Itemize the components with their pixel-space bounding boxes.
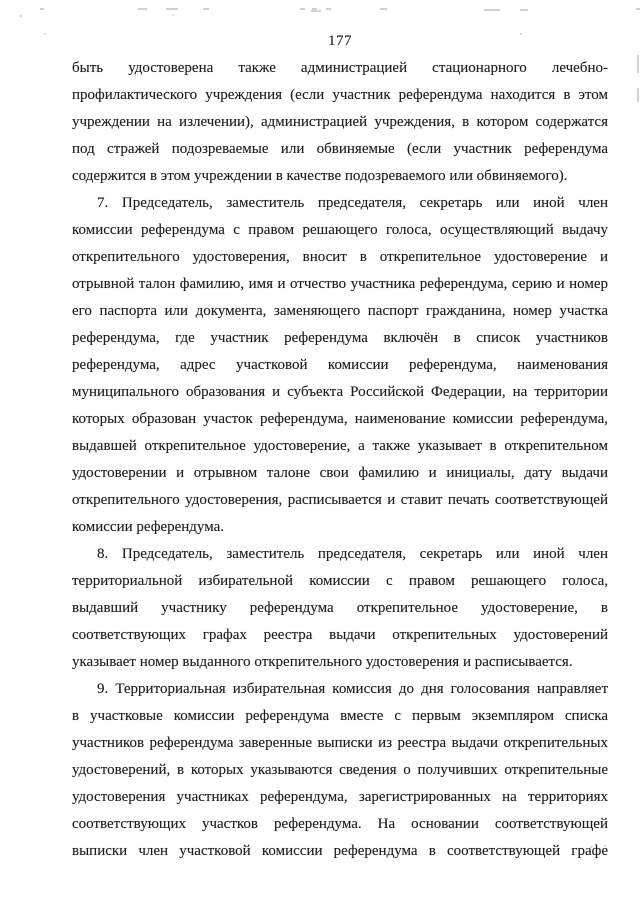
scan-artifact	[484, 9, 500, 11]
scan-artifact	[20, 15, 22, 17]
scan-artifact	[300, 8, 305, 10]
text-line: профилактического учреждения (если участ…	[72, 82, 608, 109]
text-line: участников референдума заверенные выписк…	[72, 730, 608, 757]
text-line: удостоверения участниках референдума, за…	[72, 784, 608, 811]
text-line: в участковые комиссии референдума вместе…	[72, 703, 608, 730]
text-line: содержится в этом учреждении в качестве …	[72, 163, 608, 190]
scan-artifact	[636, 8, 640, 10]
scan-artifact	[520, 9, 528, 11]
text-line: соответствующих участков референдума. На…	[72, 811, 608, 838]
paragraph: 7. Председатель, заместитель председател…	[72, 190, 608, 541]
text-column: 177 быть удостоверена также администраци…	[72, 28, 608, 865]
text-line: выдавшей открепительное удостоверение, а…	[72, 433, 608, 460]
text-line: выписки член участковой комиссии референ…	[72, 838, 608, 865]
text-line: его паспорта или документа, заменяющего …	[72, 298, 608, 325]
paragraph: 8. Председатель, заместитель председател…	[72, 541, 608, 676]
paragraph: быть удостоверена также администрацией с…	[72, 55, 608, 190]
text-line: выдавший участнику референдума открепите…	[72, 595, 608, 622]
document-body: быть удостоверена также администрацией с…	[72, 55, 608, 865]
document-page: 177 быть удостоверена также администраци…	[0, 0, 640, 905]
text-line: комиссии референдума.	[72, 514, 608, 541]
text-line: референдума, где участник референдума вк…	[72, 325, 608, 352]
scan-artifact	[44, 33, 46, 35]
scan-artifact	[203, 8, 209, 10]
page-number: 177	[72, 28, 608, 55]
text-line: указывает номер выданного открепительног…	[72, 649, 608, 676]
text-line: 8. Председатель, заместитель председател…	[72, 541, 608, 568]
text-line: территориальной избирательной комиссии с…	[72, 568, 608, 595]
scan-artifact	[311, 10, 321, 12]
scan-artifact	[40, 8, 44, 10]
text-line: удостоверений, в которых указываются све…	[72, 757, 608, 784]
scan-artifact	[326, 8, 331, 10]
scan-artifact	[172, 14, 174, 16]
text-line: удостоверении и отрывном талоне свои фам…	[72, 460, 608, 487]
text-line: комиссии референдума с правом решающего …	[72, 217, 608, 244]
paragraph: 9. Территориальная избирательная комисси…	[72, 676, 608, 865]
text-line: 7. Председатель, заместитель председател…	[72, 190, 608, 217]
scan-artifact	[380, 8, 387, 10]
text-line: 9. Территориальная избирательная комисси…	[72, 676, 608, 703]
text-line: отрывной талон фамилию, имя и отчество у…	[72, 271, 608, 298]
text-line: открепительного удостоверения, расписыва…	[72, 487, 608, 514]
text-line: которых образован участок референдума, н…	[72, 406, 608, 433]
text-line: учреждении на излечении), администрацией…	[72, 109, 608, 136]
scan-artifact	[637, 88, 639, 102]
scan-artifact	[637, 55, 639, 73]
scan-artifact	[138, 8, 147, 10]
text-line: быть удостоверена также администрацией с…	[72, 55, 608, 82]
text-line: муниципального образования и субъекта Ро…	[72, 379, 608, 406]
scan-artifact	[166, 8, 178, 10]
text-line: соответствующих графах реестра выдачи от…	[72, 622, 608, 649]
text-line: открепительного удостоверения, вносит в …	[72, 244, 608, 271]
text-line: под стражей подозреваемые или обвиняемые…	[72, 136, 608, 163]
text-line: референдума, адрес участковой комиссии р…	[72, 352, 608, 379]
